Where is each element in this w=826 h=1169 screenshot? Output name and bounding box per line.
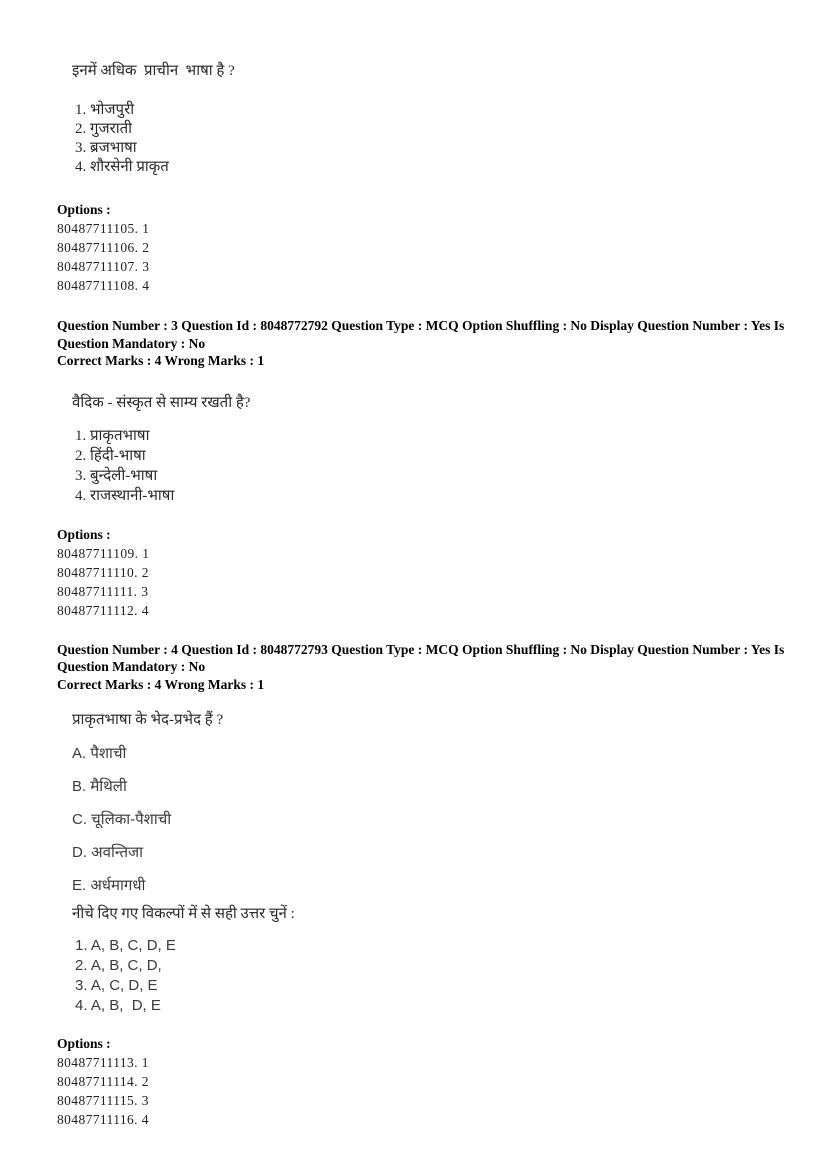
option-id-row: 80487711106. 2 [57, 238, 826, 257]
question-meta-line: Question Number : 4 Question Id : 804877… [57, 641, 826, 659]
statement-item: D. अवन्तिजा [72, 843, 826, 862]
answer-choice: 4. राजस्थानी-भाषा [75, 486, 826, 506]
option-id-row: 80487711109. 1 [57, 544, 826, 563]
answer-choice: 1. प्राकृतभाषा [75, 426, 826, 446]
statement-item: E. अर्धमागधी [72, 876, 826, 895]
question-block: Question Number : 4 Question Id : 804877… [0, 641, 826, 1130]
question-meta-line: Question Number : 3 Question Id : 804877… [57, 317, 826, 335]
statement-list: A. पैशाची B. मैथिली C. चूलिका-पैशाची D. … [0, 744, 826, 895]
option-id-row: 80487711111. 3 [57, 582, 826, 601]
option-id-row: 80487711107. 3 [57, 257, 826, 276]
answer-choice: 4. शौरसेनी प्राकृत [75, 158, 826, 177]
answer-choice: 4. A, B, D, E [75, 996, 826, 1016]
question-block: Question Number : 3 Question Id : 804877… [0, 317, 826, 620]
question-block: इनमें अधिक प्राचीन भाषा है ? 1. भोजपुरी … [0, 62, 826, 295]
option-id-row: 80487711114. 2 [57, 1072, 826, 1091]
question-meta-line: Question Mandatory : No [57, 335, 826, 353]
answer-choices: 1. A, B, C, D, E 2. A, B, C, D, 3. A, C,… [0, 936, 826, 1016]
question-meta-line: Question Mandatory : No [57, 658, 826, 676]
statement-item: B. मैथिली [72, 777, 826, 796]
answer-choice: 1. A, B, C, D, E [75, 936, 826, 956]
option-id-row: 80487711113. 1 [57, 1053, 826, 1072]
options-heading: Options : [57, 525, 826, 544]
statement-item: A. पैशाची [72, 744, 826, 763]
option-id-row: 80487711116. 4 [57, 1110, 826, 1129]
question-stem: प्राकृतभाषा के भेद-प्रभेद हैं ? [72, 711, 826, 730]
question-stem: इनमें अधिक प्राचीन भाषा है ? [72, 62, 826, 81]
answer-choice: 3. बुन्देली-भाषा [75, 466, 826, 486]
question-marks-line: Correct Marks : 4 Wrong Marks : 1 [57, 352, 826, 370]
option-id-list: 80487711109. 1 80487711110. 2 8048771111… [0, 544, 826, 620]
answer-choice: 2. हिंदी-भाषा [75, 446, 826, 466]
answer-choices: 1. भोजपुरी 2. गुजराती 3. ब्रजभाषा 4. शौर… [0, 101, 826, 177]
choose-answer-instruction: नीचे दिए गए विकल्पों में से सही उत्तर चु… [72, 905, 826, 924]
option-id-list: 80487711113. 1 80487711114. 2 8048771111… [0, 1053, 826, 1129]
answer-choice: 3. ब्रजभाषा [75, 139, 826, 158]
option-id-row: 80487711110. 2 [57, 563, 826, 582]
answer-choice: 2. गुजराती [75, 120, 826, 139]
option-id-row: 80487711115. 3 [57, 1091, 826, 1110]
question-meta: Question Number : 4 Question Id : 804877… [57, 641, 826, 694]
answer-choices: 1. प्राकृतभाषा 2. हिंदी-भाषा 3. बुन्देली… [0, 426, 826, 506]
question-paper-page: इनमें अधिक प्राचीन भाषा है ? 1. भोजपुरी … [0, 0, 826, 1169]
question-stem: वैदिक - संस्कृत से साम्य रखती है? [72, 394, 826, 413]
question-marks-line: Correct Marks : 4 Wrong Marks : 1 [57, 676, 826, 694]
answer-choice: 1. भोजपुरी [75, 101, 826, 120]
option-id-row: 80487711105. 1 [57, 219, 826, 238]
option-id-list: 80487711105. 1 80487711106. 2 8048771110… [0, 219, 826, 295]
options-heading: Options : [57, 200, 826, 219]
question-meta: Question Number : 3 Question Id : 804877… [57, 317, 826, 370]
options-heading: Options : [57, 1034, 826, 1053]
statement-item: C. चूलिका-पैशाची [72, 810, 826, 829]
option-id-row: 80487711112. 4 [57, 601, 826, 620]
answer-choice: 2. A, B, C, D, [75, 956, 826, 976]
option-id-row: 80487711108. 4 [57, 276, 826, 295]
answer-choice: 3. A, C, D, E [75, 976, 826, 996]
